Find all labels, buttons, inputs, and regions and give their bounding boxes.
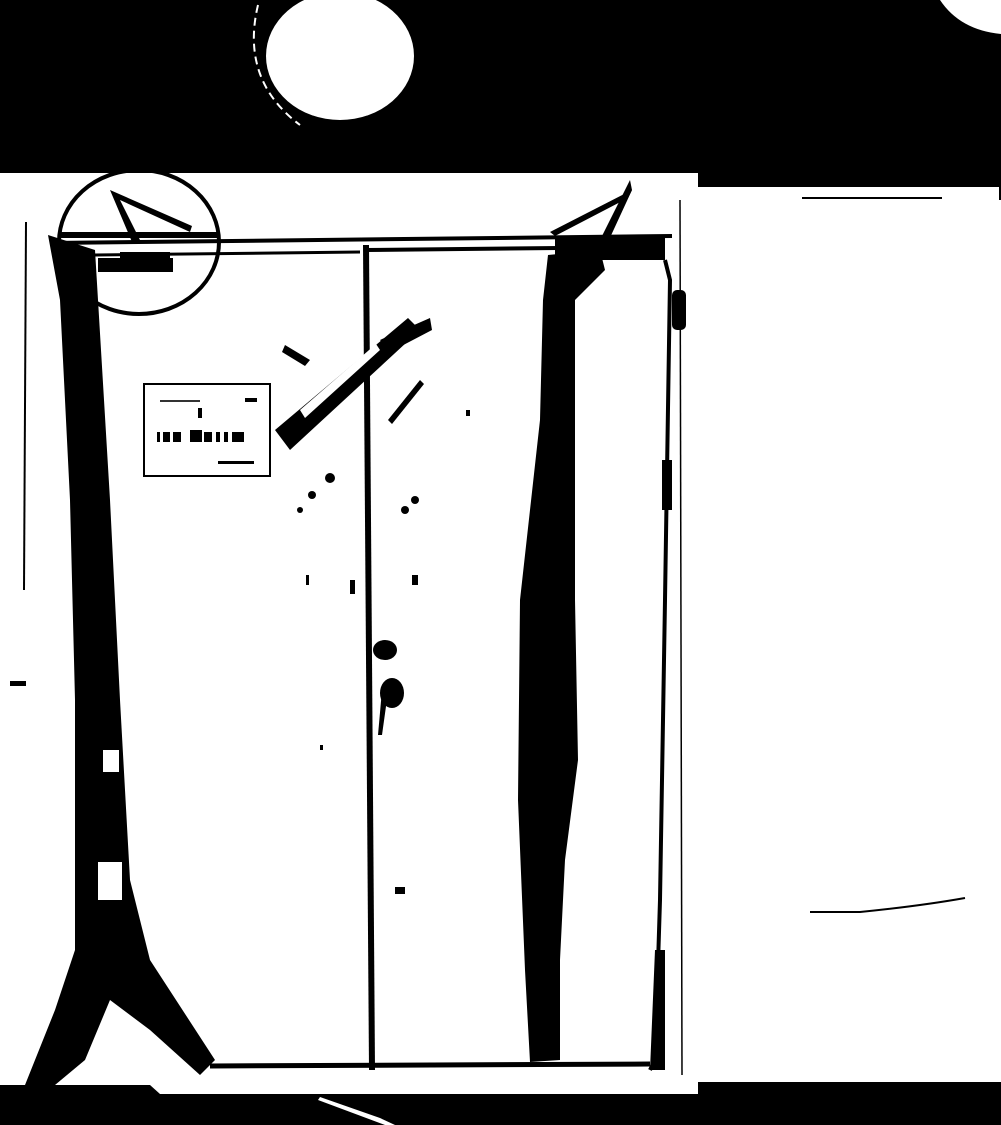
hinge-mid: [662, 460, 672, 510]
door-photo: [0, 0, 1001, 1125]
door-threshold: [210, 1064, 650, 1066]
door-sign: [144, 384, 270, 476]
hinge-top: [672, 290, 686, 330]
right-wall: [698, 187, 1001, 1082]
